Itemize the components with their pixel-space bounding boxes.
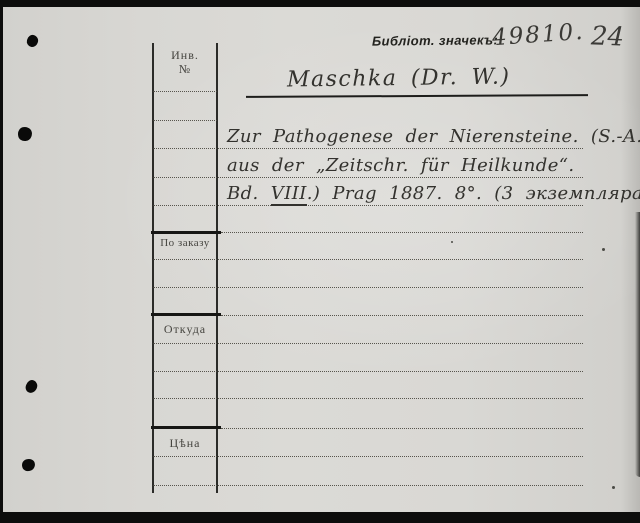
inventory-number-sign: №	[152, 62, 218, 77]
dotted-rule	[221, 428, 583, 429]
dotted-rule	[153, 287, 583, 288]
dotted-rule	[153, 120, 217, 121]
scanned-catalog-card: Инв. № По заказу Откуда Цѣна Библіот. зн…	[0, 0, 640, 523]
entry-line-1: Zur Pathogenese der Nierensteine. (S.-A.	[227, 126, 640, 147]
dotted-rule	[153, 398, 583, 399]
dotted-rule	[153, 343, 583, 344]
inventory-number-label: Инв.	[152, 48, 218, 63]
card-right-edge-shadow	[635, 212, 640, 477]
dotted-rule	[153, 148, 583, 149]
entry-line-3-post: .) Prag 1887. 8°. (3 экземпляра)	[307, 183, 640, 204]
scan-speck	[612, 486, 615, 489]
library-mark-label: Библіот. значекъ:	[372, 32, 498, 48]
dotted-rule	[153, 259, 583, 260]
section-divider	[151, 426, 221, 429]
dotted-rule	[221, 315, 583, 316]
dotted-rule	[153, 371, 583, 372]
scan-speck	[451, 241, 453, 243]
corner-page-number: 24	[590, 21, 624, 52]
entry-line-3-pre: Bd.	[227, 183, 271, 204]
author-heading: Maschka (Dr. W.)	[287, 64, 511, 92]
section-divider	[151, 231, 221, 234]
price-label: Цѣна	[152, 436, 218, 451]
entry-line-3-volume: VIII	[271, 183, 307, 206]
order-label: По заказу	[152, 237, 218, 249]
entry-line-3: Bd. VIII.) Prag 1887. 8°. (3 экземпляра)	[227, 183, 640, 204]
entry-line-2: aus der „Zeitschr. für Heilkunde“.	[227, 155, 574, 176]
dotted-rule	[221, 232, 583, 233]
section-divider	[151, 313, 221, 316]
dotted-rule	[153, 177, 583, 178]
dotted-rule	[153, 456, 583, 457]
scan-speck	[602, 248, 605, 251]
dotted-rule	[153, 205, 583, 206]
origin-label: Откуда	[152, 322, 218, 337]
dotted-rule	[153, 91, 217, 92]
dotted-rule	[153, 485, 583, 486]
